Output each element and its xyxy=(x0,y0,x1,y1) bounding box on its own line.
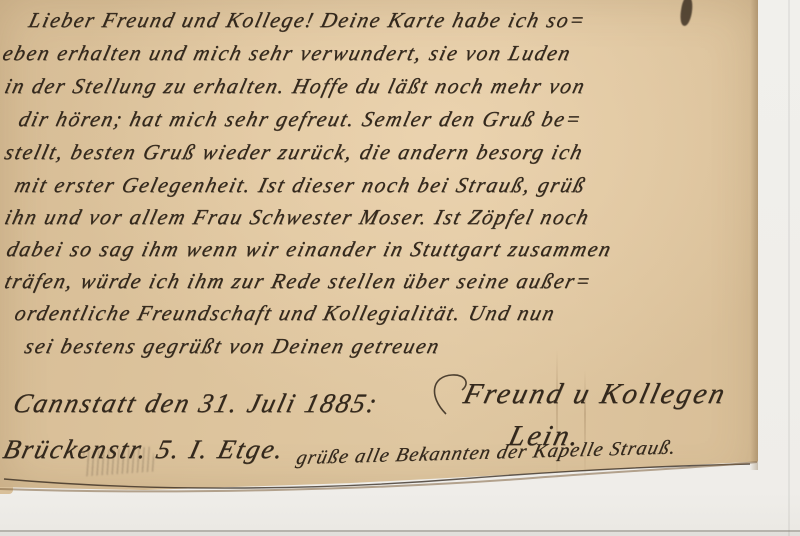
postcard-scan: Lieber Freund und Kollege! Deine Karte h… xyxy=(0,0,800,536)
handwriting-line-6: mit erster Gelegenheit. Ist dieser noch … xyxy=(12,173,589,198)
scanner-background-line-right xyxy=(788,0,790,536)
signature-closing: Freund u Kollegen xyxy=(460,378,730,411)
handwriting-line-2: eben erhalten und mich sehr verwundert, … xyxy=(0,41,574,66)
paper-corner-remnant xyxy=(0,487,13,494)
handwriting-line-7: ihn und vor allem Frau Schwester Moser. … xyxy=(2,205,593,230)
dateline-address: Brückenstr. 5. I. Etge. xyxy=(0,434,288,465)
scanner-background-shadow-bottom xyxy=(0,532,800,536)
handwriting-line-10: ordentliche Freundschaft und Kollegialit… xyxy=(12,301,558,326)
handwriting-line-9: träfen, würde ich ihm zur Rede stellen ü… xyxy=(2,269,595,294)
handwriting-line-11: sei bestens gegrüßt von Deinen getreuen xyxy=(22,334,443,359)
handwriting-line-3: in der Stellung zu erhalten. Hoffe du lä… xyxy=(2,74,589,99)
handwriting-line-5: stellt, besten Gruß wieder zurück, die a… xyxy=(2,140,586,165)
handwriting-line-8: dabei so sag ihm wenn wir einander in St… xyxy=(4,237,615,262)
dateline-place-date: Cannstatt den 31. Juli 1885: xyxy=(10,388,382,419)
handwriting-line-1: Lieber Freund und Kollege! Deine Karte h… xyxy=(26,8,589,33)
card-right-edge-shadow xyxy=(750,0,758,470)
handwriting-line-4: dir hören; hat mich sehr gefreut. Semler… xyxy=(16,107,585,132)
